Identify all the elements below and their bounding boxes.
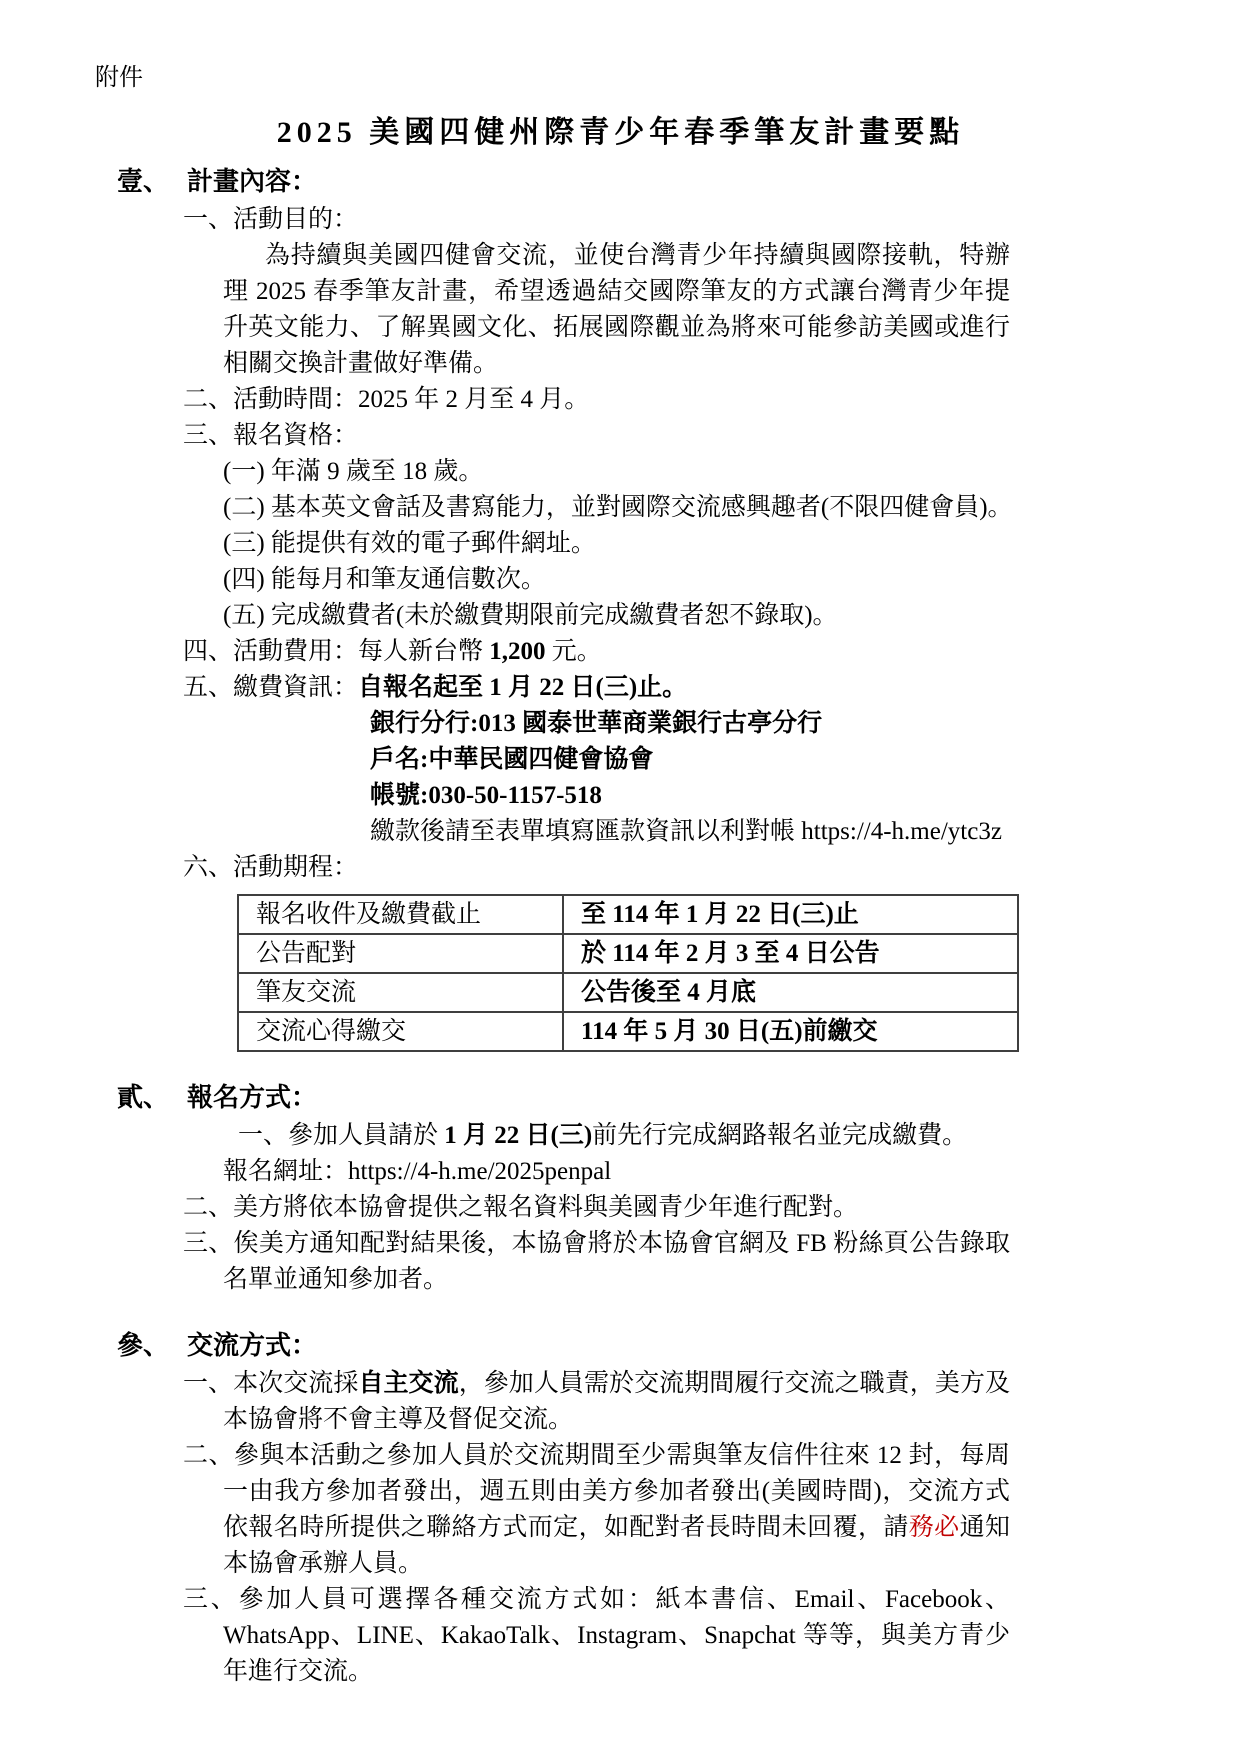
section-3-number: 參、 bbox=[117, 1328, 187, 1364]
section-1-number: 壹、 bbox=[117, 164, 187, 200]
eligibility-item: (四) 能每月和筆友通信數次。 bbox=[223, 562, 1010, 598]
purpose-paragraph: 為持續與美國四健會交流，並使台灣青少年持續與國際接軌，特辦理 2025 春季筆友… bbox=[223, 238, 1010, 382]
schedule-stage-cell: 筆友交流 bbox=[238, 973, 563, 1012]
schedule-row: 筆友交流 公告後至 4 月底 bbox=[238, 973, 1018, 1012]
payment-form-url[interactable]: https://4-h.me/ytc3z bbox=[801, 818, 1002, 845]
schedule-date-cell: 114 年 5 月 30 日(五)前繳交 bbox=[563, 1012, 1018, 1051]
schedule-row: 報名收件及繳費截止 至 114 年 1 月 22 日(三)止 bbox=[238, 895, 1018, 934]
letter-frequency-item: 二、參與本活動之參加人員於交流期間至少需與筆友信件往來 12 封，每周一由我方參… bbox=[183, 1438, 1010, 1582]
registration-text: 一、參加人員請於 bbox=[238, 1122, 444, 1149]
fee-text-suffix: 元。 bbox=[546, 638, 602, 665]
exchange-mode-item: 一、本次交流採自主交流，參加人員需於交流期間履行交流之職責，美方及本協會將不會主… bbox=[183, 1366, 1010, 1438]
registration-text-suffix: 前先行完成網路報名並完成繳費。 bbox=[592, 1122, 967, 1149]
section-3-heading: 參、 交流方式： bbox=[117, 1328, 1241, 1364]
section-2-number: 貳、 bbox=[117, 1080, 187, 1116]
fee-item: 四、活動費用：每人新台幣 1,200 元。 bbox=[183, 634, 1010, 670]
eligibility-label: 三、報名資格： bbox=[183, 418, 1010, 454]
eligibility-item: (三) 能提供有效的電子郵件網址。 bbox=[223, 526, 1010, 562]
bank-branch-line: 銀行分行:013 國泰世華商業銀行古亭分行 bbox=[370, 706, 1010, 742]
registration-deadline: 1 月 22 日(三) bbox=[444, 1122, 592, 1149]
fee-text: 四、活動費用：每人新台幣 bbox=[183, 638, 489, 665]
eligibility-item: (五) 完成繳費者(未於繳費期限前完成繳費者恕不錄取)。 bbox=[223, 598, 1010, 634]
schedule-row: 交流心得繳交 114 年 5 月 30 日(五)前繳交 bbox=[238, 1012, 1018, 1051]
registration-url-label: 報名網址： bbox=[223, 1158, 348, 1185]
schedule-table: 報名收件及繳費截止 至 114 年 1 月 22 日(三)止 公告配對 於 11… bbox=[237, 894, 1019, 1052]
payment-deadline-item: 五、繳費資訊：自報名起至 1 月 22 日(三)止。 bbox=[183, 670, 1010, 706]
schedule-row: 公告配對 於 114 年 2 月 3 至 4 日公告 bbox=[238, 934, 1018, 973]
payment-info-label: 五、繳費資訊： bbox=[183, 674, 358, 701]
schedule-stage-cell: 報名收件及繳費截止 bbox=[238, 895, 563, 934]
schedule-label: 六、活動期程： bbox=[183, 850, 1010, 886]
schedule-stage-cell: 公告配對 bbox=[238, 934, 563, 973]
document-page: 附件 2025 美國四健州際青少年春季筆友計畫要點 壹、 計畫內容： 一、活動目… bbox=[0, 0, 1241, 1755]
payment-deadline: 自報名起至 1 月 22 日(三)止。 bbox=[358, 674, 687, 701]
eligibility-item: (一) 年滿 9 歲至 18 歲。 bbox=[223, 454, 1010, 490]
account-name-line: 戶名:中華民國四健會協會 bbox=[370, 742, 1010, 778]
schedule-stage-cell: 交流心得繳交 bbox=[238, 1012, 563, 1051]
section-3-title: 交流方式： bbox=[187, 1328, 317, 1364]
registration-url-line: 報名網址：https://4-h.me/2025penpal bbox=[223, 1154, 1010, 1190]
announcement-item: 三、俟美方通知配對結果後，本協會將於本協會官網及 FB 粉絲頁公告錄取名單並通知… bbox=[183, 1226, 1010, 1298]
payment-note-text: 繳款後請至表單填寫匯款資訊以利對帳 bbox=[370, 818, 801, 845]
schedule-date-cell: 於 114 年 2 月 3 至 4 日公告 bbox=[563, 934, 1018, 973]
self-directed-exchange-emphasis: 自主交流 bbox=[358, 1370, 458, 1397]
matching-item: 二、美方將依本協會提供之報名資料與美國青少年進行配對。 bbox=[183, 1190, 1010, 1226]
section-2-title: 報名方式： bbox=[187, 1080, 317, 1116]
section-1-title: 計畫內容： bbox=[187, 164, 317, 200]
activity-time-item: 二、活動時間：2025 年 2 月至 4 月。 bbox=[183, 382, 1010, 418]
letter-frequency-text: 二、參與本活動之參加人員於交流期間至少需與筆友信件往來 12 封，每周一由我方參… bbox=[183, 1442, 1010, 1541]
registration-deadline-item: 一、參加人員請於 1 月 22 日(三)前先行完成網路報名並完成繳費。 bbox=[238, 1118, 1010, 1154]
payment-note-line: 繳款後請至表單填寫匯款資訊以利對帳 https://4-h.me/ytc3z bbox=[370, 814, 1010, 850]
account-number-line: 帳號:030-50-1157-518 bbox=[370, 778, 1010, 814]
registration-url[interactable]: https://4-h.me/2025penpal bbox=[348, 1158, 611, 1185]
must-notify-emphasis: 務必 bbox=[909, 1514, 960, 1541]
schedule-date-cell: 至 114 年 1 月 22 日(三)止 bbox=[563, 895, 1018, 934]
schedule-date-cell: 公告後至 4 月底 bbox=[563, 973, 1018, 1012]
attachment-label: 附件 bbox=[95, 60, 1241, 96]
section-1-heading: 壹、 計畫內容： bbox=[117, 164, 1241, 200]
exchange-channels-item: 三、參加人員可選擇各種交流方式如：紙本書信、Email、Facebook、Wha… bbox=[183, 1582, 1010, 1690]
document-title: 2025 美國四健州際青少年春季筆友計畫要點 bbox=[0, 112, 1241, 154]
purpose-label: 一、活動目的： bbox=[183, 202, 1010, 238]
section-2-heading: 貳、 報名方式： bbox=[117, 1080, 1241, 1116]
eligibility-item: (二) 基本英文會話及書寫能力，並對國際交流感興趣者(不限四健會員)。 bbox=[223, 490, 1010, 526]
fee-amount: 1,200 bbox=[489, 638, 545, 665]
exchange-mode-text: 一、本次交流採 bbox=[183, 1370, 358, 1397]
